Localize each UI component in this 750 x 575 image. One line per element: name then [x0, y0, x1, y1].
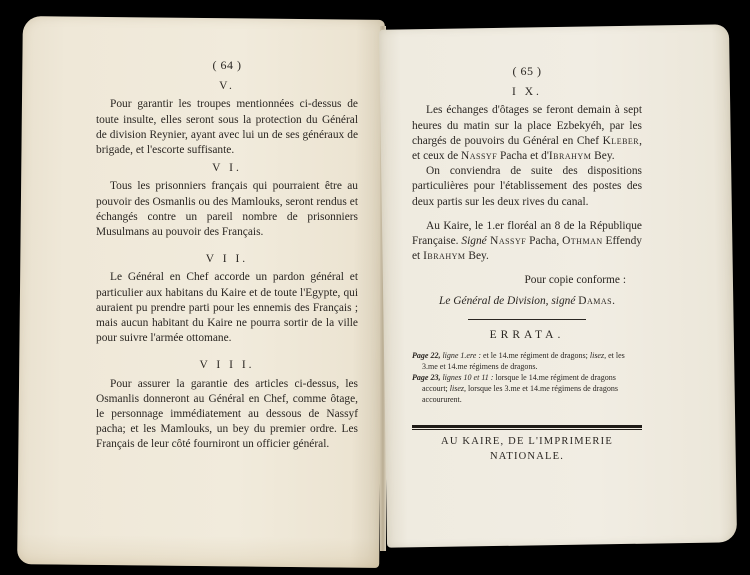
signature-line: Le Général de Division, signé Damas. [412, 294, 642, 309]
printer-imprint: AU KAIRE, DE L'IMPRIMERIE NATIONALE. [412, 434, 642, 464]
article-heading-6: V I. [96, 161, 358, 176]
article-heading-9: I X. [412, 85, 642, 100]
section-divider [468, 319, 586, 321]
errata-heading: ERRATA. [412, 328, 642, 343]
errata-entry: Page 22, ligne 1.ere : et le 14.me régim… [412, 350, 642, 372]
article-heading-5: V. [96, 79, 358, 94]
open-book: ( 64 ) V. Pour garantir les troupes ment… [0, 0, 750, 575]
left-page-text: ( 64 ) V. Pour garantir les troupes ment… [96, 58, 358, 453]
canal-posts-paragraph: On conviendra de suite des dispositions … [412, 164, 642, 210]
article-text-8: Pour assurer la garantie des articles ci… [96, 377, 358, 453]
imprint-rule-thick [412, 425, 642, 428]
article-text-5: Pour garantir les troupes mentionnées ci… [96, 97, 358, 158]
page-number-65: ( 65 ) [412, 64, 642, 79]
imprint-rule-thin [412, 429, 642, 430]
page-number-64: ( 64 ) [96, 58, 358, 73]
dateline-signatories: Au Kaire, le 1.er floréal an 8 de la Rép… [412, 219, 642, 265]
article-text-6: Tous les prisonniers français qui pourra… [96, 179, 358, 240]
errata-entry: Page 23, lignes 10 et 11 : lorsque le 14… [412, 372, 642, 405]
right-page-text: ( 65 ) I X. Les échanges d'ôtages se fer… [412, 64, 642, 464]
article-heading-8: V I I I. [96, 358, 358, 373]
article-heading-7: V I I. [96, 252, 358, 267]
article-text-7: Le Général en Chef accorde un pardon gén… [96, 270, 358, 346]
copy-conforme: Pour copie conforme : [412, 273, 642, 288]
article-text-9: Les échanges d'ôtages se feront demain à… [412, 103, 642, 164]
